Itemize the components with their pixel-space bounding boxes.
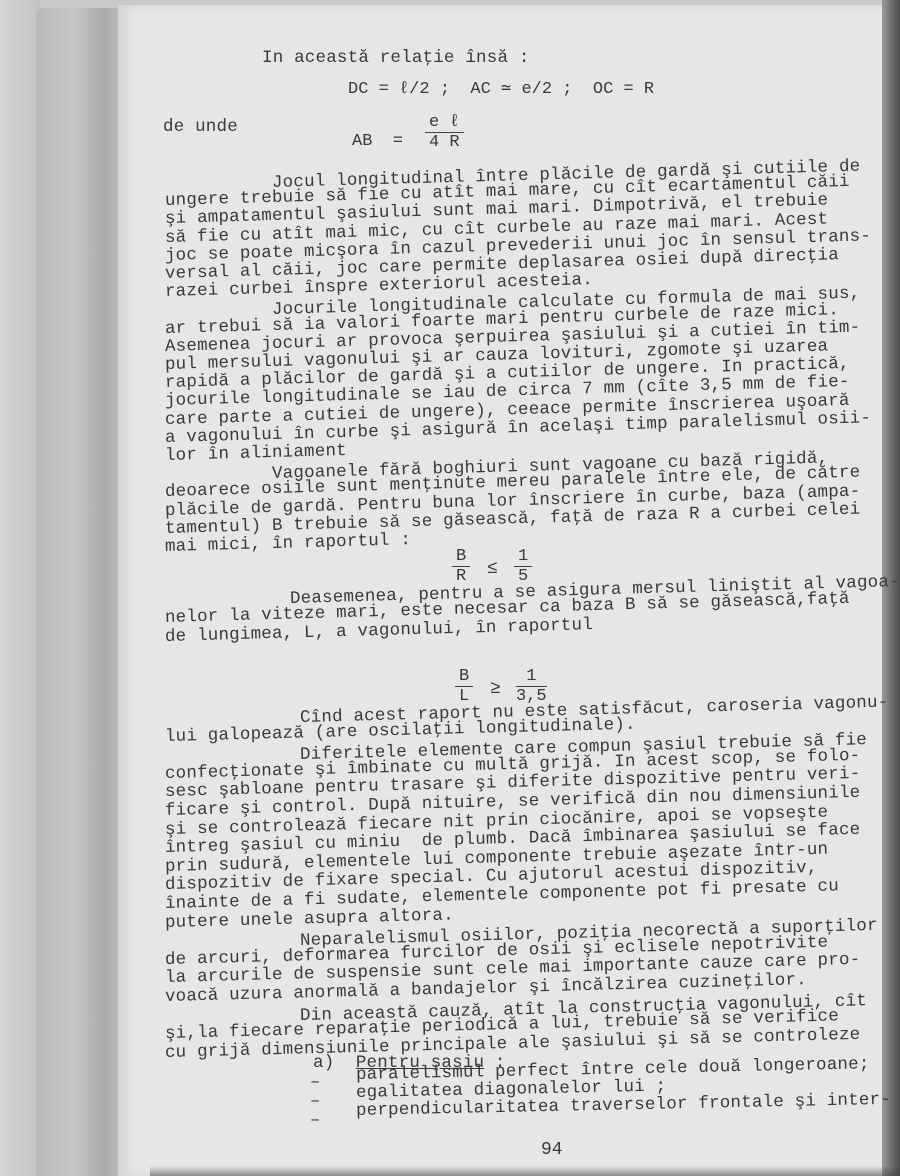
list-bullet-dash: – xyxy=(310,1111,320,1130)
page-bottom-edge-shadow xyxy=(150,1166,900,1176)
scan-background xyxy=(0,0,40,1176)
formula-br-num2: 1 xyxy=(514,548,532,567)
formula-br-num1: B xyxy=(452,548,470,567)
de-unde-label: de unde xyxy=(163,117,238,137)
formula-ab-numerator: e ℓ xyxy=(425,114,464,133)
intro-line: In această relaţie însă : xyxy=(262,48,530,68)
formula-ab-denominator: 4 R xyxy=(425,133,464,153)
formula-conditions: DC = ℓ/2 ; AC ≃ e/2 ; OC = R xyxy=(348,78,654,99)
formula-bl-left-fraction: B L xyxy=(455,668,473,707)
formula-ab-fraction: e ℓ 4 R xyxy=(425,114,464,153)
formula-br-relation: ≤ xyxy=(487,559,498,579)
formula-bl-relation: ≥ xyxy=(490,679,501,699)
page-number: 94 xyxy=(541,1140,563,1160)
formula-bl-num1: B xyxy=(455,668,473,687)
list-bullet-dash: – xyxy=(310,1073,320,1092)
formula-br-left-fraction: B R xyxy=(452,548,470,587)
formula-ab-lhs: AB = xyxy=(352,132,403,151)
formula-bl-num2: 1 xyxy=(516,668,547,687)
list-heading-marker: a) xyxy=(313,1053,334,1073)
list-bullet-dash: – xyxy=(310,1092,320,1111)
formula-br-right-fraction: 1 5 xyxy=(514,548,532,587)
